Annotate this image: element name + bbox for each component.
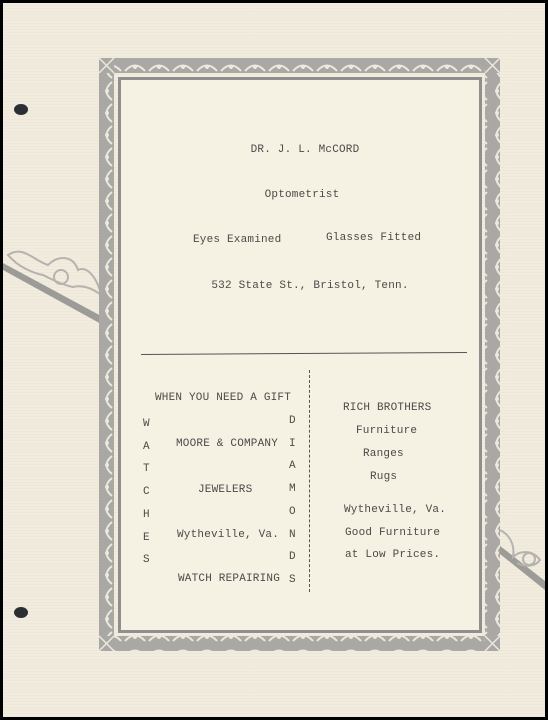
optometrist-name: DR. J. L. McCORD xyxy=(251,144,360,156)
furniture-slogan-2: at Low Prices. xyxy=(345,549,440,561)
jeweler-city: Wytheville, Va. xyxy=(177,529,279,541)
diamonds-letter: N xyxy=(289,529,296,541)
furniture-item-3: Rugs xyxy=(370,471,397,483)
optometrist-title: Optometrist xyxy=(265,189,340,201)
diamonds-letter: M xyxy=(289,483,296,495)
ornament-right-icon xyxy=(495,525,545,600)
diamonds-letter: A xyxy=(289,460,296,472)
furniture-city: Wytheville, Va. xyxy=(344,504,446,516)
furniture-company: RICH BROTHERS xyxy=(343,402,431,414)
watches-letter: T xyxy=(143,463,150,475)
vertical-divider xyxy=(309,370,311,592)
punch-hole-bottom xyxy=(14,607,28,618)
jeweler-company: MOORE & COMPANY xyxy=(176,438,278,450)
furniture-item-2: Ranges xyxy=(363,448,404,460)
jeweler-type: JEWELERS xyxy=(198,484,252,496)
service-glasses: Glasses Fitted xyxy=(326,232,421,244)
diamonds-letter: O xyxy=(289,506,296,518)
diamonds-letter: D xyxy=(289,415,296,427)
watches-letter: E xyxy=(143,532,150,544)
punch-hole-top xyxy=(14,104,28,115)
watches-letter: A xyxy=(143,441,150,453)
watches-letter: H xyxy=(143,509,150,521)
watches-letter: W xyxy=(143,418,150,430)
furniture-item-1: Furniture xyxy=(356,425,417,437)
gift-headline: WHEN YOU NEED A GIFT xyxy=(155,392,291,404)
furniture-slogan-1: Good Furniture xyxy=(345,527,440,539)
optometrist-address: 532 State St., Bristol, Tenn. xyxy=(211,280,408,292)
watches-letter: S xyxy=(143,554,150,566)
diamonds-letter: D xyxy=(289,551,296,563)
watches-letter: C xyxy=(143,486,150,498)
service-eyes: Eyes Examined xyxy=(193,234,281,246)
diamonds-letter: I xyxy=(289,438,296,450)
ornament-left-icon xyxy=(3,225,113,335)
jeweler-service: WATCH REPAIRING xyxy=(178,573,280,585)
diamonds-letter: S xyxy=(289,574,296,586)
